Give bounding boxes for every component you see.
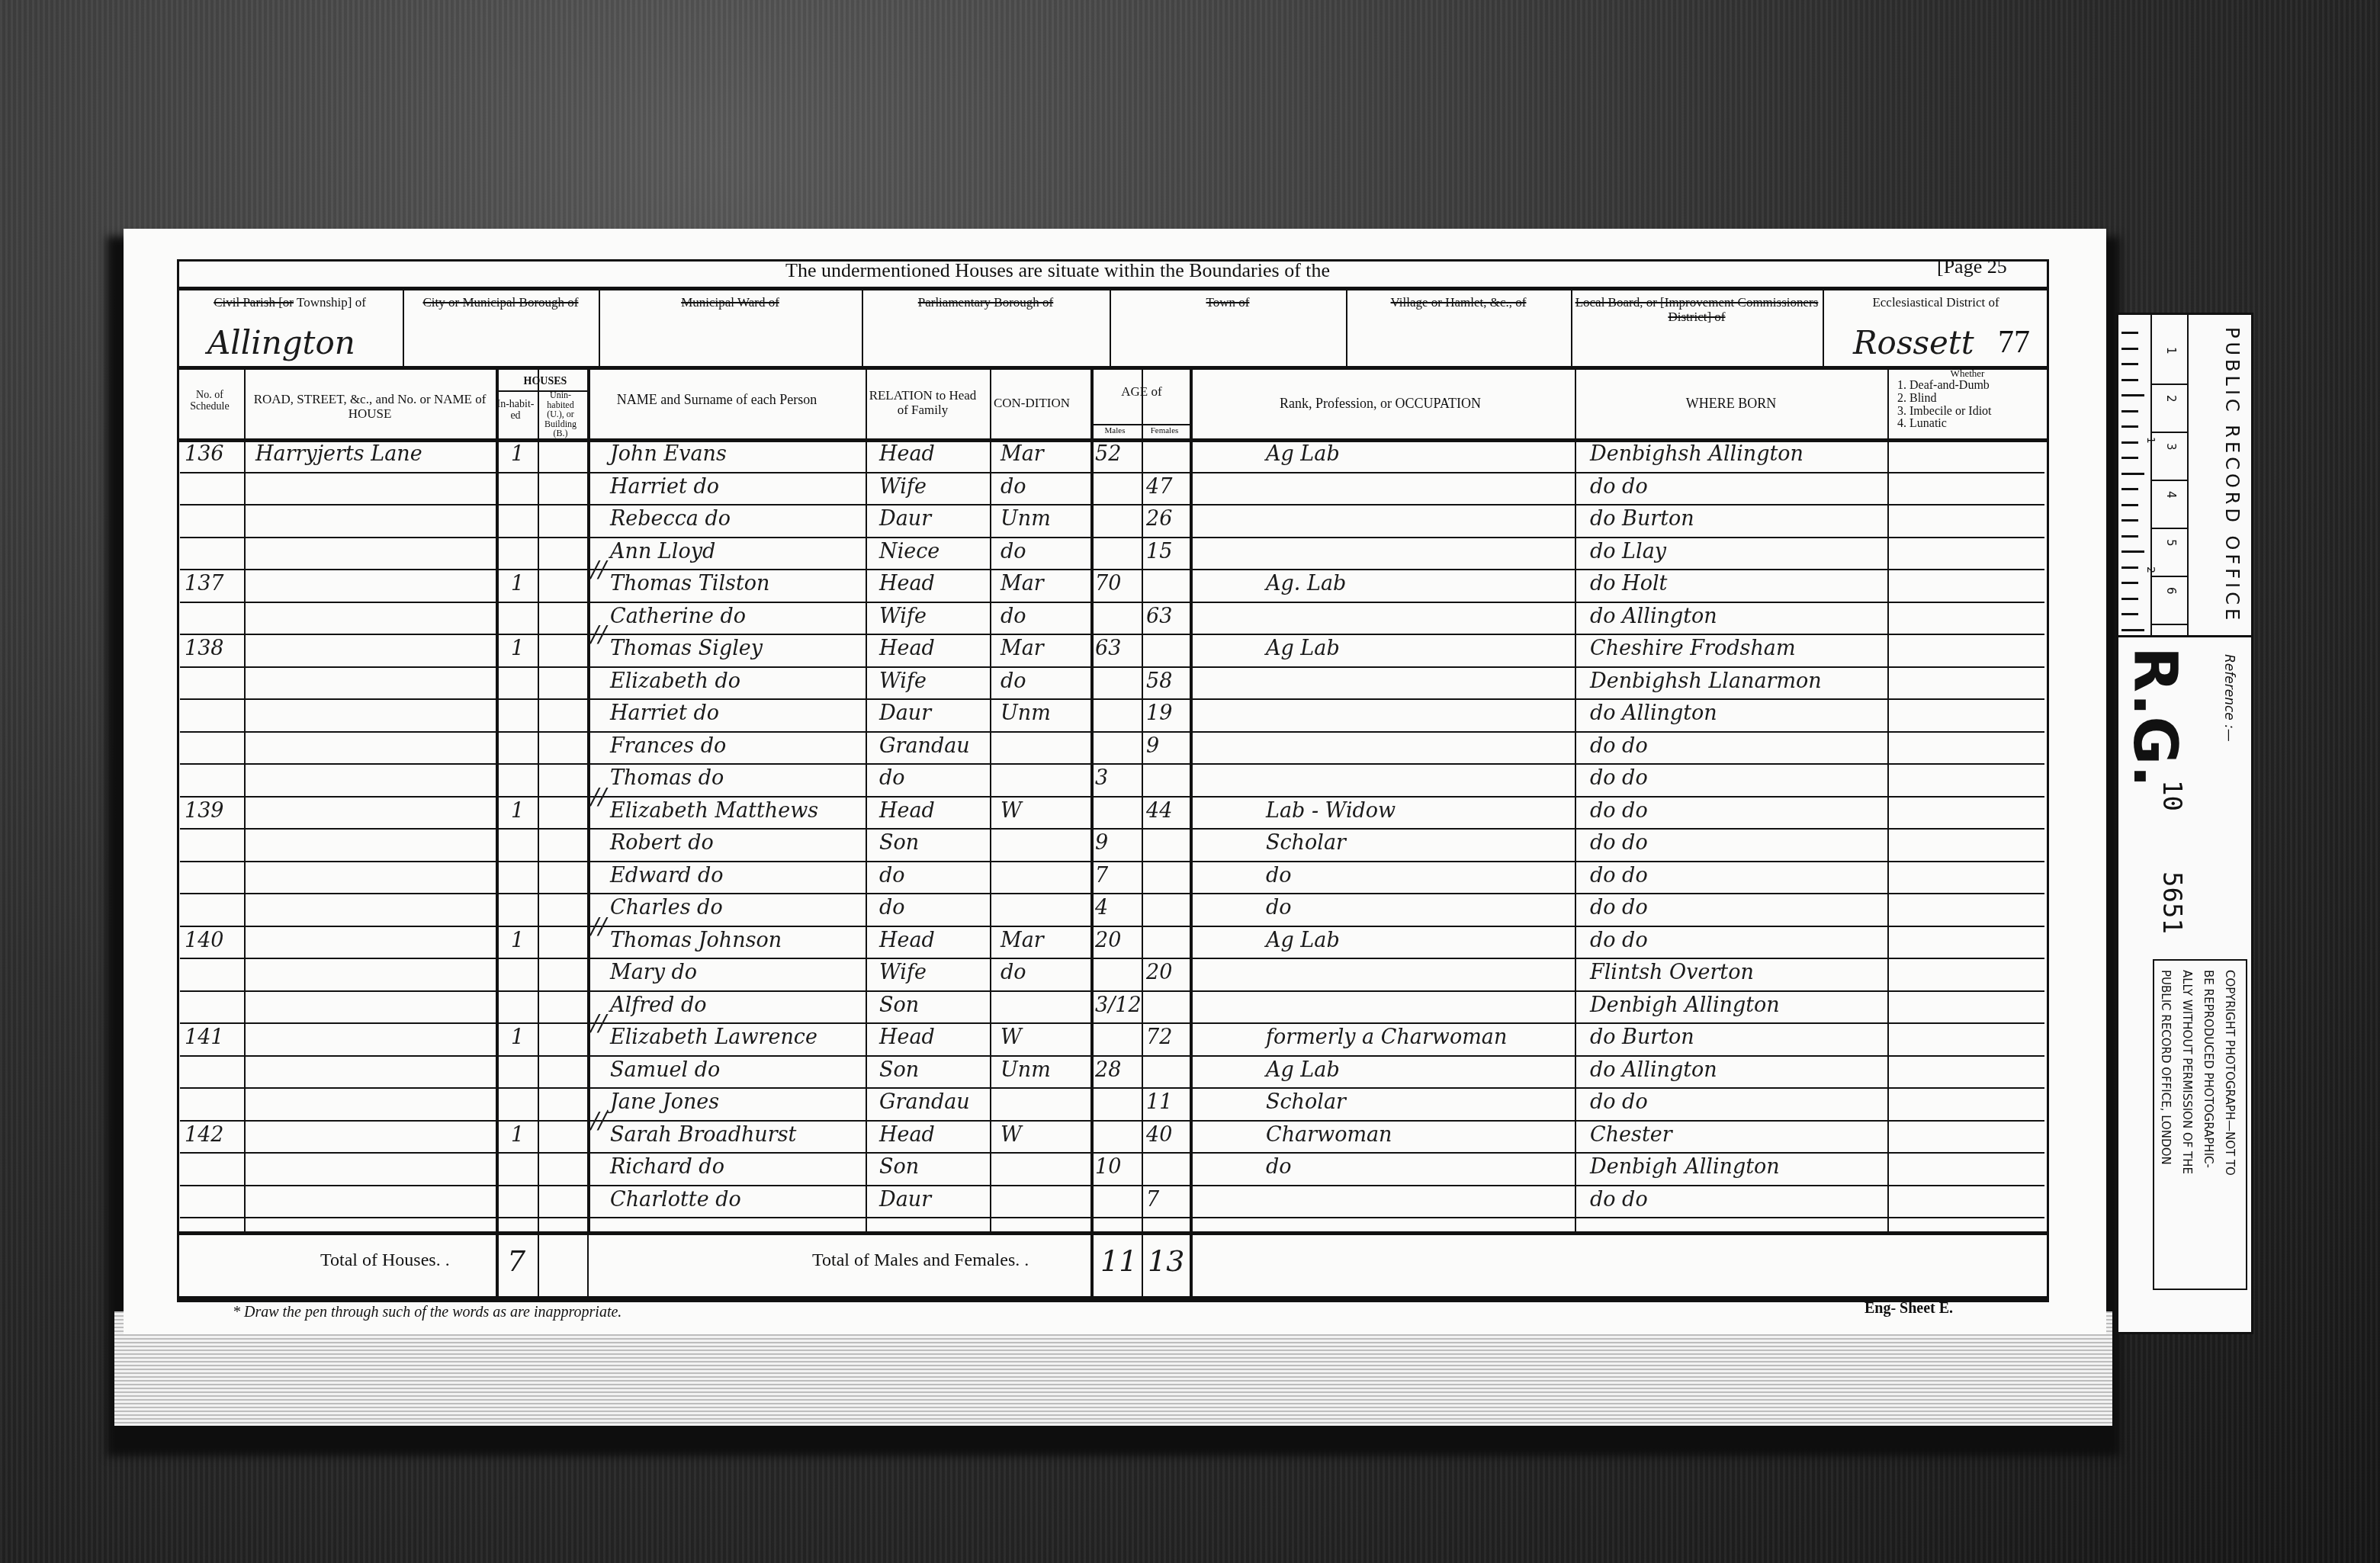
cell-inhabited: 1 [511,572,524,595]
cell-name: Samuel do [610,1058,720,1082]
rule [177,1296,2049,1300]
cell-inhabited: 1 [511,442,524,466]
cell-male-age: 4 [1095,896,1108,920]
header-whether: Whether [1891,368,2044,379]
row-rule [180,1087,2044,1089]
copyright-box: COPYRIGHT PHOTOGRAPH—NOT TOBE REPRODUCED… [2153,959,2247,1290]
household-separator-mark: // [591,1108,606,1135]
boundary-value-7: Rossett [1853,324,1974,361]
cell-name: Thomas do [610,766,724,790]
scale-cm-6: 6 [2164,587,2178,595]
boundary-divider [862,288,863,366]
ruler-tick [2121,410,2138,412]
scale-cell-rule [2152,480,2187,481]
cell-female-age: 44 [1146,799,1172,823]
cell-female-age: 15 [1146,540,1172,563]
column-divider [496,367,499,1231]
cell-relation: Daur [879,1188,931,1212]
cell-name: Thomas Tilston [610,572,769,595]
header-schedule: No. of Schedule [183,390,236,412]
cell-male-age: 9 [1095,831,1108,855]
cell-male-age: 28 [1095,1058,1121,1082]
scale-divider [2187,315,2190,635]
household-separator-mark: // [591,913,606,940]
houses-subrule [496,390,587,392]
rule [2118,635,2251,637]
whether-item-1: 1. Deaf-and-Dumb [1897,380,2050,393]
cell-where-born: do Burton [1590,1025,1694,1049]
cell-relation: Daur [879,701,931,725]
column-divider [1575,367,1576,1231]
whether-item-2: 2. Blind [1897,393,2050,406]
cell-male-age: 63 [1095,637,1121,660]
copyright-line-3: ALLY WITHOUT PERMISSION OF THE [2177,970,2197,1176]
cell-male-age: 20 [1095,929,1121,952]
cell-name: Robert do [610,831,714,855]
cell-where-born: do do [1590,929,1648,952]
cell-name: Thomas Sigley [610,637,763,660]
cell-female-age: 58 [1146,669,1172,693]
cell-relation: Daur [879,507,931,531]
cell-name: Rebecca do [610,507,731,531]
scale-cell-rule [2152,528,2187,529]
household-separator-mark: // [591,784,606,810]
cell-relation: Head [879,637,935,660]
total-males: 11 [1100,1244,1137,1278]
cell-where-born: do Llay [1590,540,1666,563]
scale-in-2: 2 [2144,566,2157,573]
cell-female-age: 20 [1146,961,1172,984]
row-rule [180,537,2044,538]
ruler-tick [2121,348,2138,350]
cell-condition: Mar [1000,929,1044,952]
boundary-divider [1571,288,1572,366]
boundary-value-0: Allington [207,324,355,361]
boundary-label-0: Civil Parish [or Township] of [180,296,400,310]
cell-female-age: 47 [1146,475,1172,499]
column-divider [866,367,867,1231]
houses-subdivider [538,392,539,438]
cell-condition: do [1000,961,1026,984]
cell-occupation: Ag. Lab [1266,572,1346,595]
cell-relation: do [879,896,905,920]
total-divider [1090,1233,1094,1296]
row-rule [180,1185,2044,1186]
row-rule [180,602,2044,603]
cell-condition: Unm [1000,507,1051,531]
piece-number: 5651 [2157,871,2187,934]
cell-occupation: Scholar [1266,831,1346,855]
series-code: R.G. [2120,647,2189,788]
total-persons-label: Total of Males and Females. . [812,1250,1029,1271]
cell-inhabited: 1 [511,1123,524,1147]
total-divider [587,1233,589,1296]
total-divider [1190,1233,1193,1296]
reference-strip: PUBLIC RECORD OFFICE 12345612 R.G. Refer… [2116,313,2253,1334]
cell-female-age: 40 [1146,1123,1172,1147]
boundary-label-3: Parliamentary Borough of [865,296,1106,310]
column-divider [1190,367,1193,1231]
whether-item-3: 3. Imbecile or Idiot [1897,406,2050,419]
row-rule [180,666,2044,668]
cell-relation: Head [879,929,935,952]
row-rule [180,1217,2044,1218]
cell-where-born: do do [1590,475,1648,499]
total-divider [496,1233,499,1296]
cell-where-born: Denbighsh Llanarmon [1590,669,1822,693]
ruler-tick [2121,629,2144,631]
cell-name: Jane Jones [610,1090,719,1114]
cell-name: Elizabeth Matthews [610,799,818,823]
column-divider [990,367,991,1231]
cell-where-born: do do [1590,864,1648,887]
cell-where-born: Denbighsh Allington [1590,442,1803,466]
cell-condition: Unm [1000,1058,1051,1082]
row-rule [180,698,2044,700]
row-rule [180,634,2044,635]
cell-name: Richard do [610,1155,724,1179]
household-separator-mark: // [591,621,606,648]
cell-occupation: formerly a Charwoman [1266,1025,1507,1049]
cell-where-born: do do [1590,1188,1648,1212]
boundary-label-2: Municipal Ward of [602,296,859,310]
cell-name: Alfred do [610,993,706,1017]
cell-name: Edward do [610,864,724,887]
household-separator-mark: // [591,557,606,583]
cell-relation: Son [879,831,919,855]
cell-inhabited: 1 [511,1025,524,1049]
cell-where-born: do do [1590,734,1648,758]
header-females: Females [1142,427,1187,436]
cell-occupation: Scholar [1266,1090,1346,1114]
cell-male-age: 3 [1095,766,1108,790]
row-rule [180,828,2044,830]
row-rule [180,990,2044,992]
column-divider [587,367,590,1231]
scale-cm-2: 2 [2164,395,2178,403]
sheet-label: Eng- Sheet E. [1864,1300,1953,1317]
header-road: ROAD, STREET, &c., and No. or NAME of HO… [252,393,488,421]
column-divider [244,367,246,1231]
row-rule [180,569,2044,570]
cell-occupation: do [1266,896,1292,920]
cell-occupation: Ag Lab [1266,929,1340,952]
ruler-tick [2121,488,2138,490]
cell-relation: Wife [879,605,927,628]
ruler-tick [2121,504,2138,506]
cell-relation: Wife [879,475,927,499]
total-divider [1142,1233,1143,1296]
district-number: 77 [1998,324,2030,361]
total-houses-label: Total of Houses. . [320,1250,450,1271]
ruler-tick [2121,582,2138,584]
cell-relation: Head [879,1025,935,1049]
cell-name: Harriet do [610,475,719,499]
scale-cell-rule [2152,624,2187,625]
column-divider [1090,367,1094,1231]
cell-name: Harriet do [610,701,719,725]
cell-occupation: Lab - Widow [1266,799,1396,823]
cell-relation: do [879,766,905,790]
cell-male-age: 10 [1095,1155,1121,1179]
ruler-tick [2121,457,2138,459]
ruler-tick [2121,425,2138,428]
copyright-notice: COPYRIGHT PHOTOGRAPH—NOT TOBE REPRODUCED… [2156,970,2240,1176]
scale-cm-4: 4 [2164,491,2178,499]
ruler-tick [2121,550,2144,553]
cell-relation: Head [879,572,935,595]
cell-relation: Wife [879,669,927,693]
boundary-label-5: Village or Hamlet, &c., of [1349,296,1568,310]
header-males: Males [1092,427,1138,436]
header-condition: CON-DITION [990,396,1074,411]
cell-name: Ann Lloyd [610,540,715,563]
cell-condition: W [1000,799,1022,823]
ruler-tick [2121,519,2138,522]
cell-where-born: Chester [1590,1123,1672,1147]
row-rule [180,1120,2044,1122]
scale-cm-5: 5 [2164,539,2178,547]
scale-cell-rule [2152,576,2187,577]
ruler-tick [2121,535,2138,538]
cell-relation: Wife [879,961,927,984]
cell-name: Elizabeth Lawrence [610,1025,817,1049]
copyright-line-1: COPYRIGHT PHOTOGRAPH—NOT TO [2220,970,2240,1176]
cell-name: John Evans [610,442,727,466]
cell-where-born: Flintsh Overton [1590,961,1754,984]
cell-relation: Head [879,442,935,466]
cell-name: Mary do [610,961,697,984]
total-females: 13 [1148,1244,1184,1278]
cell-schedule: 136 [185,442,224,466]
cell-relation: Grandau [879,734,970,758]
row-rule [180,731,2044,733]
cell-female-age: 72 [1146,1025,1172,1049]
total-houses-value: 7 [507,1244,525,1278]
cell-female-age: 26 [1146,507,1172,531]
cell-condition: Unm [1000,701,1051,725]
row-rule [180,1022,2044,1024]
row-rule [180,958,2044,959]
scale-cell-rule [2152,384,2187,385]
cell-where-born: do do [1590,1090,1648,1114]
cell-male-age: 70 [1095,572,1121,595]
cell-where-born: do do [1590,799,1648,823]
cell-occupation: Charwoman [1266,1123,1392,1147]
scale-divider [2150,315,2154,635]
ruler-tick [2121,363,2138,365]
cell-relation: Head [879,799,935,823]
row-rule [180,796,2044,798]
whether-item-4: 4. Lunatic [1897,418,2050,431]
cell-male-age: 52 [1095,442,1121,466]
cell-schedule: 139 [185,799,224,823]
cell-name: Charlotte do [610,1188,741,1212]
cell-condition: do [1000,475,1026,499]
boundary-divider [1346,288,1347,366]
ruler-tick [2121,566,2138,569]
cell-relation: Niece [879,540,939,563]
header-uninhabited: Unin-habited (U.), or Building (B.) [538,390,583,438]
row-rule [180,504,2044,505]
boundary-divider [403,288,404,366]
cell-relation: Son [879,1155,919,1179]
cell-occupation: Ag Lab [1266,637,1340,660]
household-separator-mark: // [591,1010,606,1037]
scale-cell-rule [2152,432,2187,433]
cell-schedule: 142 [185,1123,224,1147]
copyright-line-2: BE REPRODUCED PHOTOGRAPHIC- [2199,970,2218,1176]
reference-label: Reference :— [2221,654,2237,742]
cell-male-age: 3/12 [1095,993,1142,1017]
cell-male-age: 7 [1095,864,1108,887]
row-rule [180,1152,2044,1154]
cell-road: Harryjerts Lane [255,442,422,466]
ruler-tick [2121,598,2138,600]
cell-female-age: 63 [1146,605,1172,628]
rule [177,287,2049,290]
cell-condition: Mar [1000,442,1044,466]
boundary-label-1: City or Municipal Borough of [406,296,596,310]
cell-relation: do [879,864,905,887]
row-rule [180,893,2044,894]
boundary-divider [1823,288,1824,366]
cell-name: Catherine do [610,605,746,628]
cell-inhabited: 1 [511,799,524,823]
ruler-tick [2121,379,2138,381]
header-occupation: Rank, Profession, or OCCUPATION [1197,396,1563,412]
cell-female-age: 7 [1146,1188,1159,1212]
cell-schedule: 141 [185,1025,224,1049]
cell-relation: Grandau [879,1090,970,1114]
cell-female-age: 19 [1146,701,1172,725]
row-rule [180,926,2044,927]
cell-condition: do [1000,669,1026,693]
cell-condition: W [1000,1025,1022,1049]
cell-relation: Son [879,1058,919,1082]
cell-name: Thomas Johnson [610,929,782,952]
cell-where-born: do do [1590,766,1648,790]
row-rule [180,1055,2044,1057]
ruler-tick [2121,394,2144,396]
cell-where-born: do do [1590,896,1648,920]
cell-name: Charles do [610,896,723,920]
boundary-label-7: Ecclesiastical District of [1826,296,2046,310]
struck-text: Civil Parish [or [214,295,294,310]
cell-schedule: 137 [185,572,224,595]
boundary-label-4: Town of [1113,296,1343,310]
cell-schedule: 140 [185,929,224,952]
cell-name: Elizabeth do [610,669,740,693]
cell-where-born: do Holt [1590,572,1667,595]
cell-relation: Head [879,1123,935,1147]
header-where-born: WHERE BORN [1579,396,1884,412]
ruler-tick [2121,473,2144,475]
cell-female-age: 9 [1146,734,1159,758]
header-name: NAME and Surname of each Person [602,393,831,408]
cell-inhabited: 1 [511,637,524,660]
row-rule [180,763,2044,765]
cell-schedule: 138 [185,637,224,660]
rule [177,366,2049,370]
cell-where-born: do Allington [1590,605,1717,628]
office-name: PUBLIC RECORD OFFICE [2221,327,2243,624]
cell-where-born: do Allington [1590,1058,1717,1082]
cell-condition: Mar [1000,637,1044,660]
column-divider [1887,367,1889,1231]
cell-occupation: do [1266,864,1292,887]
cell-where-born: do Burton [1590,507,1694,531]
row-rule [180,472,2044,473]
copyright-line-4: PUBLIC RECORD OFFICE, LONDON [2156,970,2176,1176]
cell-where-born: Denbigh Allington [1590,993,1780,1017]
scale-cm-3: 3 [2164,443,2178,451]
ruler-tick [2121,441,2138,444]
age-subrule [1090,424,1190,425]
row-rule [180,861,2044,862]
piece-class: 10 [2157,780,2187,811]
scale-cm-1: 1 [2164,347,2178,355]
cell-condition: Mar [1000,572,1044,595]
cell-condition: do [1000,540,1026,563]
boundary-label-6: Local Board, or [Improvement Commissione… [1574,296,1820,324]
cell-female-age: 11 [1146,1090,1172,1114]
cell-where-born: Denbigh Allington [1590,1155,1780,1179]
column-divider [1142,367,1143,1231]
cell-condition: do [1000,605,1026,628]
cell-occupation: do [1266,1155,1292,1179]
footnote: * Draw the pen through such of the words… [233,1304,621,1321]
cell-name: Frances do [610,734,726,758]
cell-inhabited: 1 [511,929,524,952]
cell-where-born: do do [1590,831,1648,855]
cell-where-born: Cheshire Frodsham [1590,637,1796,660]
boundary-divider [599,288,600,366]
cell-name: Sarah Broadhurst [610,1123,796,1147]
cell-condition: W [1000,1123,1022,1147]
cell-relation: Son [879,993,919,1017]
ruler-tick [2121,332,2138,334]
boundary-divider [1110,288,1111,366]
header-houses: HOUSES [496,377,595,388]
kept-text: Township] of [294,295,366,310]
scale-in-1: 1 [2144,437,2157,444]
cell-occupation: Ag Lab [1266,1058,1340,1082]
cell-where-born: do Allington [1590,701,1717,725]
header-relation: RELATION to Head of Family [866,389,980,417]
ruler-tick [2121,613,2138,615]
rule [177,1231,2049,1235]
header-inhabited: In-habit-ed [496,400,535,422]
cell-occupation: Ag Lab [1266,442,1340,466]
whether-list: 1. Deaf-and-Dumb2. Blind3. Imbecile or I… [1897,380,2050,431]
total-divider [538,1233,539,1296]
column-divider [538,367,539,1231]
